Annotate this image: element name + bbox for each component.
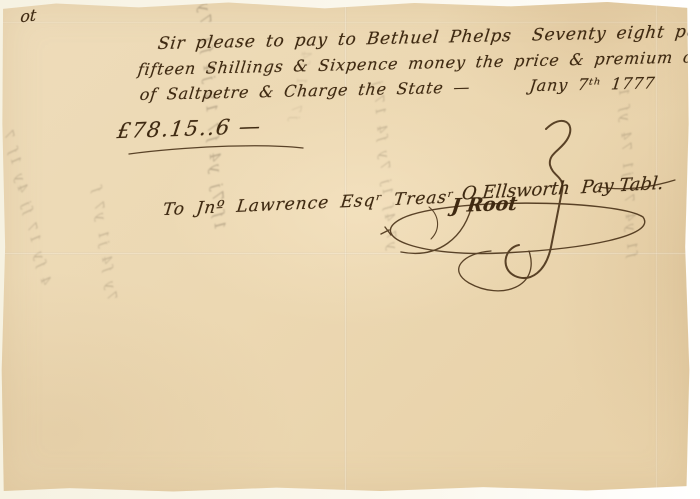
vertical-fold-crease (344, 1, 347, 493)
ink-bleedthrough-column: y7 4ſ 1j 7y ſ4 17 j (369, 78, 399, 251)
document-page: 4 ſy 17 ſj 4y 1ſ 7 7y ſ4 j1 y7 ſ 1ſ 7j y… (1, 1, 690, 493)
ink-bleedthrough-column: 7y ſ4 j1 y7 ſ (88, 183, 119, 301)
ink-bleedthrough-column: 4 ſy 17 ſj 4y 1ſ 7 (0, 126, 53, 286)
signature-ellsworth-title: Pay Tabl. (580, 173, 664, 198)
signature-root: J Root (450, 193, 518, 217)
amount-total: £78.15..6 — (116, 114, 264, 143)
manuscript-scan: 4 ſy 17 ſj 4y 1ſ 7 7y ſ4 j1 y7 ſ 1ſ 7j y… (0, 0, 700, 499)
corner-mark: ot (20, 5, 37, 26)
addressee-line: To Jnº Lawrence Esqʳ Treasʳ (162, 187, 456, 220)
